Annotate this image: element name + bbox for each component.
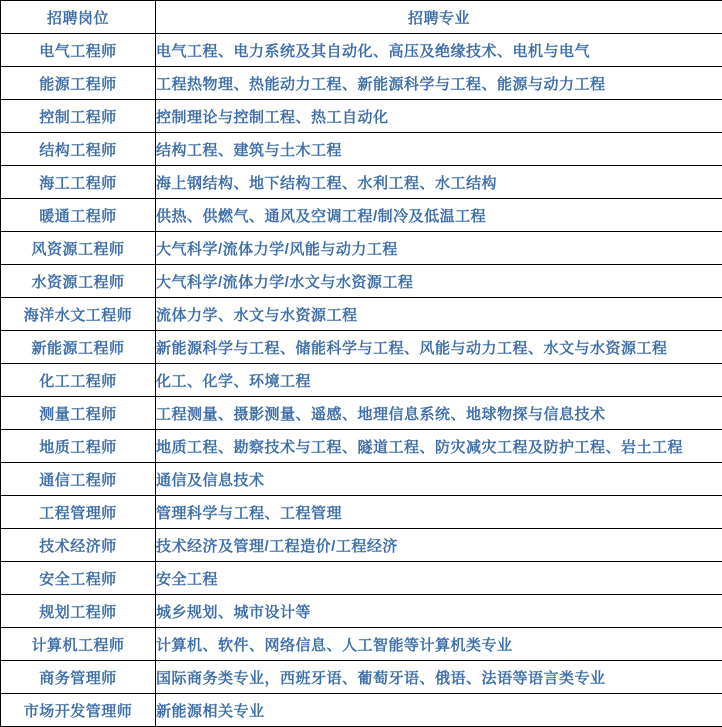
table-row: 化工工程师化工、化学、环境工程 (1, 364, 722, 397)
header-row: 招聘岗位 招聘专业 (1, 1, 722, 34)
table-row: 通信工程师通信及信息技术 (1, 463, 722, 496)
position-cell: 计算机工程师 (1, 628, 156, 661)
majors-cell: 管理科学与工程、工程管理 (156, 496, 722, 529)
majors-cell: 新能源科学与工程、储能科学与工程、风能与动力工程、水文与水资源工程 (156, 331, 722, 364)
position-cell: 水资源工程师 (1, 265, 156, 298)
position-cell: 规划工程师 (1, 595, 156, 628)
position-cell: 技术经济师 (1, 529, 156, 562)
majors-cell: 通信及信息技术 (156, 463, 722, 496)
position-cell: 控制工程师 (1, 100, 156, 133)
table-row: 规划工程师城乡规划、城市设计等 (1, 595, 722, 628)
table-row: 地质工程师地质工程、勘察技术与工程、隧道工程、防灾减灾工程及防护工程、岩土工程 (1, 430, 722, 463)
table-row: 工程管理师管理科学与工程、工程管理 (1, 496, 722, 529)
table-row: 能源工程师工程热物理、热能动力工程、新能源科学与工程、能源与动力工程 (1, 67, 722, 100)
majors-cell: 大气科学/流体力学/水文与水资源工程 (156, 265, 722, 298)
position-cell: 风资源工程师 (1, 232, 156, 265)
table-row: 测量工程师工程测量、摄影测量、遥感、地理信息系统、地球物探与信息技术 (1, 397, 722, 430)
majors-cell: 国际商务类专业，西班牙语、葡萄牙语、俄语、法语等语言类专业 (156, 661, 722, 694)
majors-cell: 工程测量、摄影测量、遥感、地理信息系统、地球物探与信息技术 (156, 397, 722, 430)
position-cell: 海工工程师 (1, 166, 156, 199)
majors-cell: 城乡规划、城市设计等 (156, 595, 722, 628)
position-cell: 电气工程师 (1, 34, 156, 67)
position-cell: 安全工程师 (1, 562, 156, 595)
position-cell: 化工工程师 (1, 364, 156, 397)
majors-cell: 供热、供燃气、通风及空调工程/制冷及低温工程 (156, 199, 722, 232)
table-row: 新能源工程师新能源科学与工程、储能科学与工程、风能与动力工程、水文与水资源工程 (1, 331, 722, 364)
majors-cell: 计算机、软件、网络信息、人工智能等计算机类专业 (156, 628, 722, 661)
majors-cell: 技术经济及管理/工程造价/工程经济 (156, 529, 722, 562)
table-row: 控制工程师控制理论与控制工程、热工自动化 (1, 100, 722, 133)
majors-cell: 海上钢结构、地下结构工程、水利工程、水工结构 (156, 166, 722, 199)
position-cell: 能源工程师 (1, 67, 156, 100)
position-cell: 工程管理师 (1, 496, 156, 529)
table-body: 电气工程师电气工程、电力系统及其自动化、高压及绝缘技术、电机与电气能源工程师工程… (1, 34, 722, 727)
table-row: 市场开发管理师新能源相关专业 (1, 694, 722, 727)
table-row: 海工工程师海上钢结构、地下结构工程、水利工程、水工结构 (1, 166, 722, 199)
recruitment-table: 招聘岗位 招聘专业 电气工程师电气工程、电力系统及其自动化、高压及绝缘技术、电机… (0, 0, 722, 727)
majors-cell: 安全工程 (156, 562, 722, 595)
majors-cell: 电气工程、电力系统及其自动化、高压及绝缘技术、电机与电气 (156, 34, 722, 67)
position-cell: 测量工程师 (1, 397, 156, 430)
position-cell: 海洋水文工程师 (1, 298, 156, 331)
header-position: 招聘岗位 (1, 1, 156, 34)
table-row: 海洋水文工程师流体力学、水文与水资源工程 (1, 298, 722, 331)
majors-cell: 流体力学、水文与水资源工程 (156, 298, 722, 331)
majors-cell: 工程热物理、热能动力工程、新能源科学与工程、能源与动力工程 (156, 67, 722, 100)
majors-cell: 结构工程、建筑与土木工程 (156, 133, 722, 166)
table-row: 计算机工程师计算机、软件、网络信息、人工智能等计算机类专业 (1, 628, 722, 661)
majors-cell: 大气科学/流体力学/风能与动力工程 (156, 232, 722, 265)
table-row: 风资源工程师大气科学/流体力学/风能与动力工程 (1, 232, 722, 265)
position-cell: 暖通工程师 (1, 199, 156, 232)
position-cell: 新能源工程师 (1, 331, 156, 364)
position-cell: 地质工程师 (1, 430, 156, 463)
table-row: 水资源工程师大气科学/流体力学/水文与水资源工程 (1, 265, 722, 298)
position-cell: 通信工程师 (1, 463, 156, 496)
majors-cell: 新能源相关专业 (156, 694, 722, 727)
majors-cell: 控制理论与控制工程、热工自动化 (156, 100, 722, 133)
position-cell: 结构工程师 (1, 133, 156, 166)
table-row: 电气工程师电气工程、电力系统及其自动化、高压及绝缘技术、电机与电气 (1, 34, 722, 67)
majors-cell: 地质工程、勘察技术与工程、隧道工程、防灾减灾工程及防护工程、岩土工程 (156, 430, 722, 463)
table-row: 技术经济师技术经济及管理/工程造价/工程经济 (1, 529, 722, 562)
position-cell: 商务管理师 (1, 661, 156, 694)
table-row: 结构工程师结构工程、建筑与土木工程 (1, 133, 722, 166)
header-majors: 招聘专业 (156, 1, 722, 34)
position-cell: 市场开发管理师 (1, 694, 156, 727)
majors-cell: 化工、化学、环境工程 (156, 364, 722, 397)
table-row: 商务管理师国际商务类专业，西班牙语、葡萄牙语、俄语、法语等语言类专业 (1, 661, 722, 694)
table-row: 安全工程师安全工程 (1, 562, 722, 595)
table-header: 招聘岗位 招聘专业 (1, 1, 722, 34)
table-row: 暖通工程师供热、供燃气、通风及空调工程/制冷及低温工程 (1, 199, 722, 232)
